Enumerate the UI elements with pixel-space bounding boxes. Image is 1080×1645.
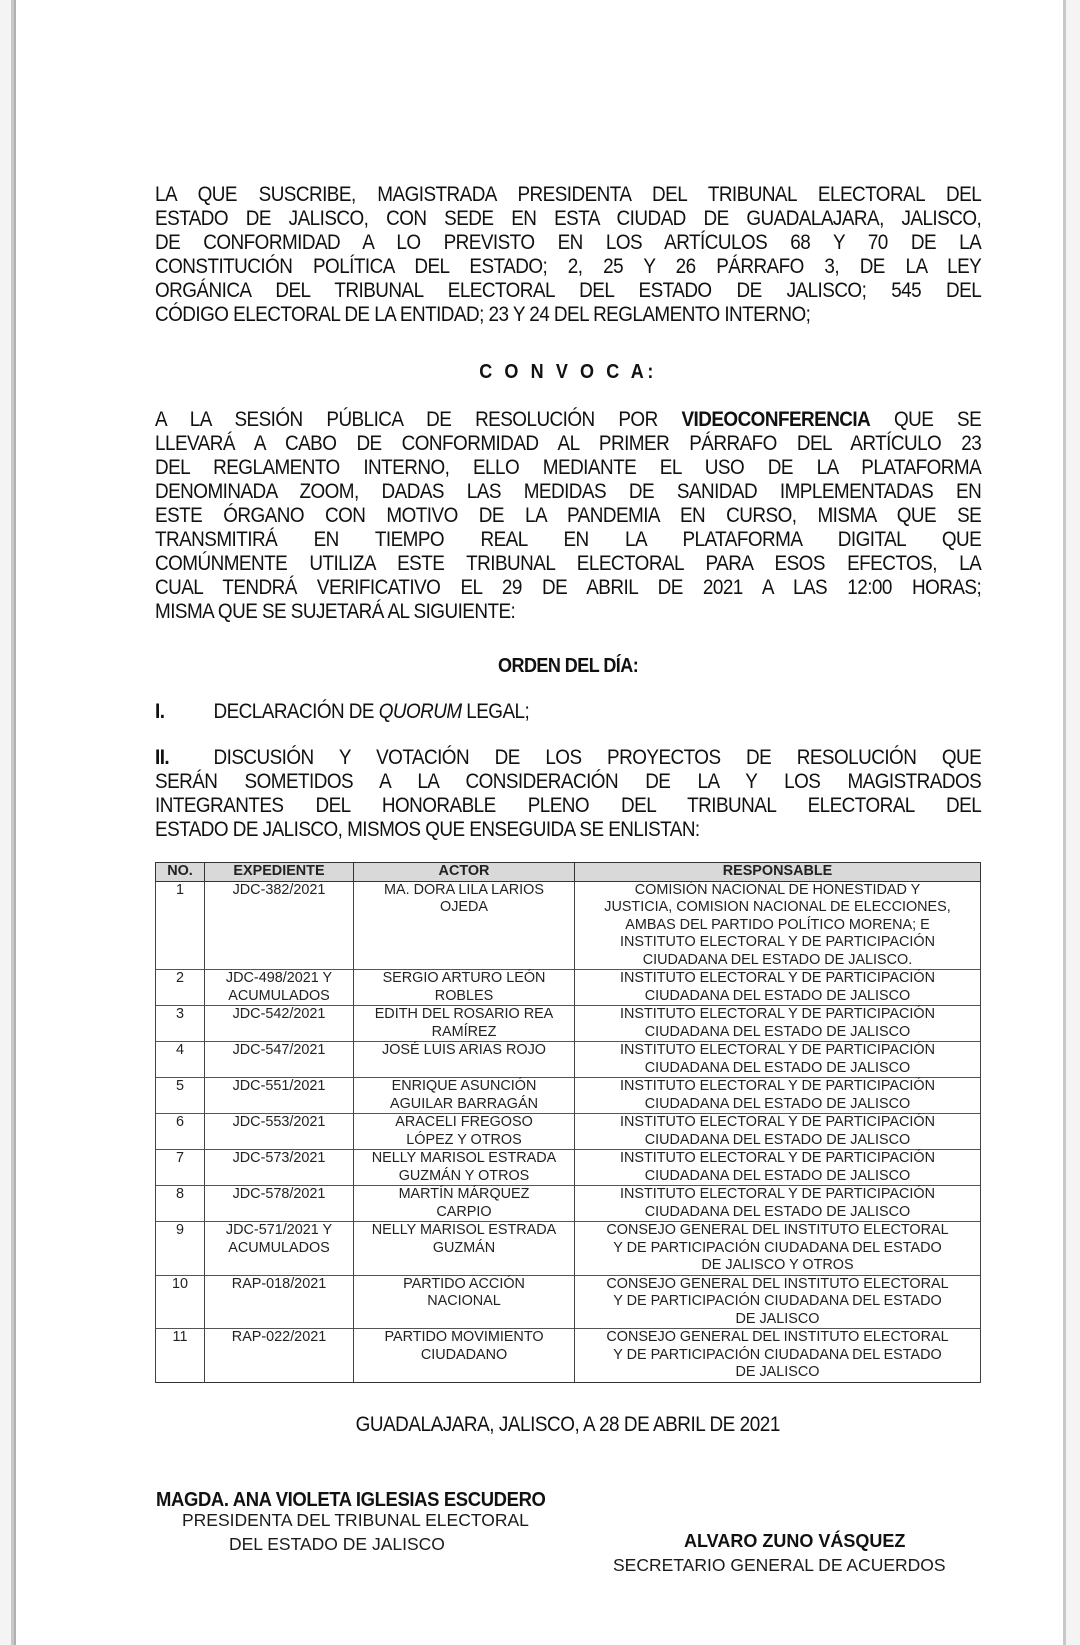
president-title-line2: DEL ESTADO DE JALISCO <box>229 1534 445 1555</box>
cell-responsable: COMISIÓN NACIONAL DE HONESTIDAD Y JUSTIC… <box>575 881 981 970</box>
preamble: LA QUE SUSCRIBE, MAGISTRADA PRESIDENTA D… <box>155 183 981 327</box>
secretary-title: SECRETARIO GENERAL DE ACUERDOS <box>613 1555 946 1576</box>
agenda-item-1: I. DECLARACIÓN DE QUORUM LEGAL; <box>155 700 981 724</box>
table-row: 9JDC-571/2021 Y ACUMULADOSNELLY MARISOL … <box>156 1222 981 1276</box>
agenda-line: ESTADO DE JALISCO, MISMOS QUE ENSEGUIDA … <box>155 818 981 842</box>
cell-no: 3 <box>156 1006 205 1042</box>
agenda-line: SERÁN SOMETIDOS A LA CONSIDERACIÓN DE LA… <box>155 770 981 794</box>
header-expediente: EXPEDIENTE <box>205 863 354 882</box>
page-edge <box>14 0 16 1645</box>
cell-no: 9 <box>156 1222 205 1276</box>
cell-responsable: INSTITUTO ELECTORAL Y DE PARTICIPACIÓN C… <box>575 1006 981 1042</box>
cell-responsable: CONSEJO GENERAL DEL INSTITUTO ELECTORAL … <box>575 1329 981 1383</box>
cell-no: 11 <box>156 1329 205 1383</box>
cell-expediente: JDC-547/2021 <box>205 1042 354 1078</box>
convoca-heading: C O N V O C A: <box>155 360 981 384</box>
table-row: 10RAP-018/2021PARTIDO ACCIÓN NACIONALCON… <box>156 1275 981 1329</box>
cell-actor: MARTÍN MÁRQUEZ CARPIO <box>354 1186 575 1222</box>
preamble-line: LA QUE SUSCRIBE, MAGISTRADA PRESIDENTA D… <box>155 183 981 207</box>
cell-actor: PARTIDO MOVIMIENTO CIUDADANO <box>354 1329 575 1383</box>
header-responsable: RESPONSABLE <box>575 863 981 882</box>
cell-expediente: JDC-498/2021 Y ACUMULADOS <box>205 970 354 1006</box>
cell-responsable: INSTITUTO ELECTORAL Y DE PARTICIPACIÓN C… <box>575 1186 981 1222</box>
preamble-line: ESTADO DE JALISCO, CON SEDE EN ESTA CIUD… <box>155 207 981 231</box>
cell-responsable: INSTITUTO ELECTORAL Y DE PARTICIPACIÓN C… <box>575 1042 981 1078</box>
convoca-text: QUE SE <box>894 408 981 431</box>
agenda-text-part: LEGAL; <box>462 700 530 723</box>
table-row: 7JDC-573/2021NELLY MARISOL ESTRADA GUZMÁ… <box>156 1150 981 1186</box>
convoca-line: MISMA QUE SE SUJETARÁ AL SIGUIENTE: <box>155 600 981 624</box>
cell-no: 2 <box>156 970 205 1006</box>
convoca-line: DENOMINADA ZOOM, DADAS LAS MEDIDAS DE SA… <box>155 480 981 504</box>
cell-actor: NELLY MARISOL ESTRADA GUZMÁN <box>354 1222 575 1276</box>
cell-no: 8 <box>156 1186 205 1222</box>
agenda-text: DISCUSIÓN Y VOTACIÓN DE LOS PROYECTOS DE… <box>214 746 982 769</box>
table-row: 4JDC-547/2021JOSÉ LUIS ARIAS ROJOINSTITU… <box>156 1042 981 1078</box>
table-row: 8JDC-578/2021MARTÍN MÁRQUEZ CARPIOINSTIT… <box>156 1186 981 1222</box>
cell-actor: ENRIQUE ASUNCIÓN AGUILAR BARRAGÁN <box>354 1078 575 1114</box>
table-row: 5JDC-551/2021ENRIQUE ASUNCIÓN AGUILAR BA… <box>156 1078 981 1114</box>
convoca-line: A LA SESIÓN PÚBLICA DE RESOLUCIÓN POR VI… <box>155 408 981 432</box>
place-date-text: GUADALAJARA, JALISCO, A 28 DE ABRIL DE 2… <box>356 1413 780 1437</box>
cell-expediente: RAP-022/2021 <box>205 1329 354 1383</box>
cell-no: 10 <box>156 1275 205 1329</box>
convoca-line: TRANSMITIRÁ EN TIEMPO REAL EN LA PLATAFO… <box>155 528 981 552</box>
cell-no: 6 <box>156 1114 205 1150</box>
cell-no: 5 <box>156 1078 205 1114</box>
cell-responsable: INSTITUTO ELECTORAL Y DE PARTICIPACIÓN C… <box>575 1114 981 1150</box>
cell-actor: ARACELI FREGOSO LÓPEZ Y OTROS <box>354 1114 575 1150</box>
cell-no: 7 <box>156 1150 205 1186</box>
agenda-line: II.DISCUSIÓN Y VOTACIÓN DE LOS PROYECTOS… <box>155 746 981 770</box>
place-date: GUADALAJARA, JALISCO, A 28 DE ABRIL DE 2… <box>155 1413 981 1437</box>
table-row: 3JDC-542/2021EDITH DEL ROSARIO REA RAMÍR… <box>156 1006 981 1042</box>
cell-actor: NELLY MARISOL ESTRADA GUZMÁN Y OTROS <box>354 1150 575 1186</box>
preamble-line: DE CONFORMIDAD A LO PREVISTO EN LOS ARTÍ… <box>155 231 981 255</box>
cell-expediente: JDC-553/2021 <box>205 1114 354 1150</box>
agenda-line: INTEGRANTES DEL HONORABLE PLENO DEL TRIB… <box>155 794 981 818</box>
table-row: 2JDC-498/2021 Y ACUMULADOSSERGIO ARTURO … <box>156 970 981 1006</box>
cell-actor: EDITH DEL ROSARIO REA RAMÍREZ <box>354 1006 575 1042</box>
convoca-text: A LA SESIÓN PÚBLICA DE RESOLUCIÓN POR <box>155 408 658 431</box>
convoca-line: LLEVARÁ A CABO DE CONFORMIDAD AL PRIMER … <box>155 432 981 456</box>
cell-responsable: INSTITUTO ELECTORAL Y DE PARTICIPACIÓN C… <box>575 1150 981 1186</box>
secretary-name: ALVARO ZUNO VÁSQUEZ <box>684 1531 905 1552</box>
document-body: LA QUE SUSCRIBE, MAGISTRADA PRESIDENTA D… <box>155 183 981 842</box>
videoconferencia-emphasis: VIDEOCONFERENCIA <box>681 408 870 431</box>
quorum-italic: QUORUM <box>379 700 462 723</box>
convoca-body: A LA SESIÓN PÚBLICA DE RESOLUCIÓN POR VI… <box>155 408 981 624</box>
cell-responsable: INSTITUTO ELECTORAL Y DE PARTICIPACIÓN C… <box>575 1078 981 1114</box>
preamble-line: CÓDIGO ELECTORAL DE LA ENTIDAD; 23 Y 24 … <box>155 303 981 327</box>
convoca-line: ESTE ÓRGANO CON MOTIVO DE LA PANDEMIA EN… <box>155 504 981 528</box>
convoca-line: COMÚNMENTE UTILIZA ESTE TRIBUNAL ELECTOR… <box>155 552 981 576</box>
table-row: 11RAP-022/2021PARTIDO MOVIMIENTO CIUDADA… <box>156 1329 981 1383</box>
agenda-text-part: DECLARACIÓN DE <box>214 700 379 723</box>
cell-no: 1 <box>156 881 205 970</box>
cell-expediente: JDC-382/2021 <box>205 881 354 970</box>
agenda-item-2: II.DISCUSIÓN Y VOTACIÓN DE LOS PROYECTOS… <box>155 746 981 842</box>
header-actor: ACTOR <box>354 863 575 882</box>
cell-expediente: RAP-018/2021 <box>205 1275 354 1329</box>
agenda-numeral: I. <box>155 700 214 724</box>
cell-responsable: CONSEJO GENERAL DEL INSTITUTO ELECTORAL … <box>575 1275 981 1329</box>
cases-table: NO. EXPEDIENTE ACTOR RESPONSABLE 1JDC-38… <box>155 862 981 1383</box>
agenda-text: DECLARACIÓN DE QUORUM LEGAL; <box>214 700 530 724</box>
agenda-numeral: II. <box>155 746 214 770</box>
cell-responsable: CONSEJO GENERAL DEL INSTITUTO ELECTORAL … <box>575 1222 981 1276</box>
cell-expediente: JDC-542/2021 <box>205 1006 354 1042</box>
cell-expediente: JDC-551/2021 <box>205 1078 354 1114</box>
header-no: NO. <box>156 863 205 882</box>
table-body: 1JDC-382/2021MA. DORA LILA LARIOS OJEDAC… <box>156 881 981 1382</box>
cell-no: 4 <box>156 1042 205 1078</box>
cell-expediente: JDC-571/2021 Y ACUMULADOS <box>205 1222 354 1276</box>
table-header-row: NO. EXPEDIENTE ACTOR RESPONSABLE <box>156 863 981 882</box>
table-row: 1JDC-382/2021MA. DORA LILA LARIOS OJEDAC… <box>156 881 981 970</box>
cell-expediente: JDC-578/2021 <box>205 1186 354 1222</box>
table-row: 6JDC-553/2021ARACELI FREGOSO LÓPEZ Y OTR… <box>156 1114 981 1150</box>
cell-actor: JOSÉ LUIS ARIAS ROJO <box>354 1042 575 1078</box>
president-name: MAGDA. ANA VIOLETA IGLESIAS ESCUDERO <box>156 1488 546 1512</box>
convoca-line: DEL REGLAMENTO INTERNO, ELLO MEDIANTE EL… <box>155 456 981 480</box>
orden-del-dia-heading: ORDEN DEL DÍA: <box>155 654 981 678</box>
cell-actor: MA. DORA LILA LARIOS OJEDA <box>354 881 575 970</box>
cell-actor: PARTIDO ACCIÓN NACIONAL <box>354 1275 575 1329</box>
president-title-line1: PRESIDENTA DEL TRIBUNAL ELECTORAL <box>182 1510 529 1531</box>
preamble-line: ORGÁNICA DEL TRIBUNAL ELECTORAL DEL ESTA… <box>155 279 981 303</box>
cell-responsable: INSTITUTO ELECTORAL Y DE PARTICIPACIÓN C… <box>575 970 981 1006</box>
preamble-line: CONSTITUCIÓN POLÍTICA DEL ESTADO; 2, 25 … <box>155 255 981 279</box>
cell-expediente: JDC-573/2021 <box>205 1150 354 1186</box>
convoca-line: CUAL TENDRÁ VERIFICATIVO EL 29 DE ABRIL … <box>155 576 981 600</box>
cell-actor: SERGIO ARTURO LEÓN ROBLES <box>354 970 575 1006</box>
